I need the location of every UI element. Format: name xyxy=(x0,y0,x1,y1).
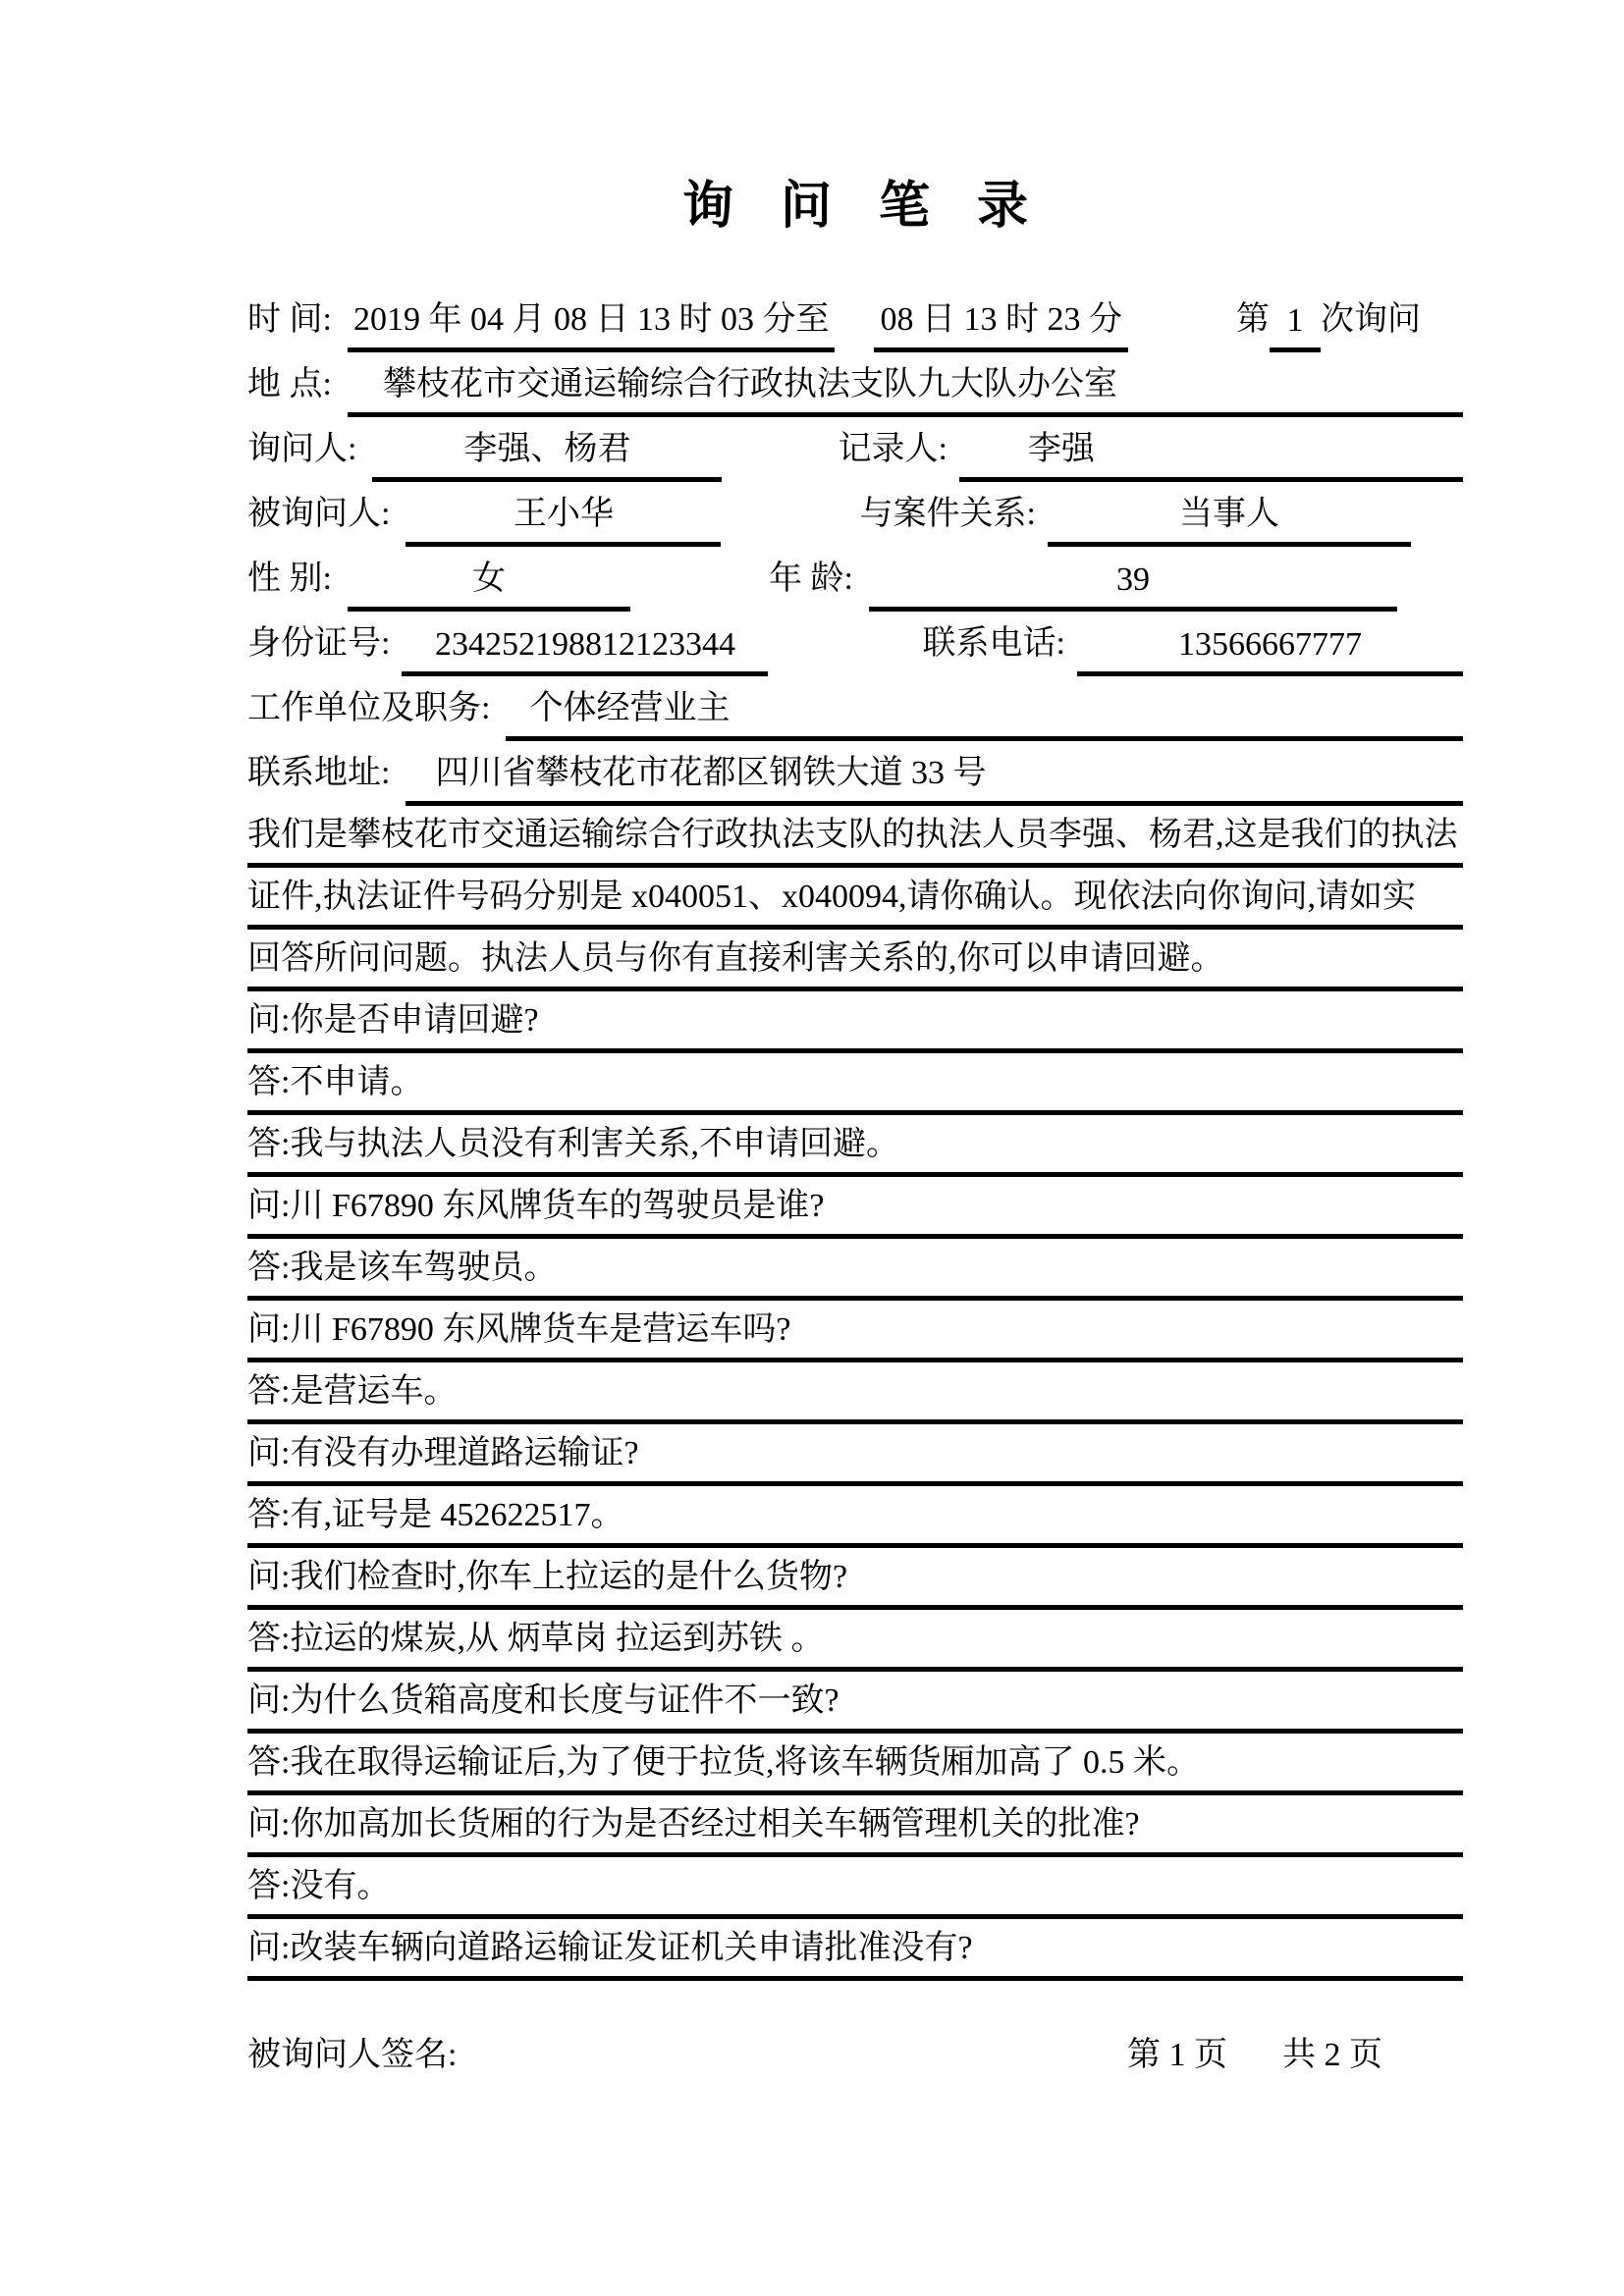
qa-line: 问:你是否申请回避? xyxy=(247,991,1463,1053)
id-number-value: 234252198812123344 xyxy=(402,626,768,676)
qa-line: 答:没有。 xyxy=(247,1857,1463,1919)
qa-line: 问:川 F67890 东风牌货车的驾驶员是谁? xyxy=(247,1177,1463,1239)
qa-line-text: 问:川 F67890 东风牌货车是营运车吗? xyxy=(247,1302,1463,1362)
session-number: 1 xyxy=(1270,302,1321,352)
document-page: 询问笔录 时 间: 2019 年 04 月 08 日 13 时 03 分至 08… xyxy=(0,0,1624,2296)
notice-line-text: 证件,执法证件号码分别是 x040051、x040094,请你确认。现依法向你询… xyxy=(247,869,1463,930)
qa-line-text: 问:有没有办理道路运输证? xyxy=(247,1425,1463,1486)
phone-label: 联系电话: xyxy=(922,615,1064,676)
qa-line-text: 问:你是否申请回避? xyxy=(247,992,1463,1053)
case-relation-value: 当事人 xyxy=(1048,486,1411,547)
qa-line-text: 答:我与执法人员没有利害关系,不申请回避。 xyxy=(247,1116,1463,1177)
job-value: 个体经营业主 xyxy=(506,680,1463,741)
address-label: 联系地址: xyxy=(247,745,390,806)
place-value: 攀枝花市交通运输综合行政执法支队九大队办公室 xyxy=(348,356,1463,417)
qa-line-text: 问:川 F67890 东风牌货车的驾驶员是谁? xyxy=(247,1178,1463,1239)
interviewee-label: 被询问人: xyxy=(247,486,390,547)
page-number-current: 第 1 页 xyxy=(1127,2027,1227,2075)
age-value: 39 xyxy=(869,561,1397,612)
interrogator-label: 询问人: xyxy=(247,421,356,482)
notice-line-text: 我们是攀枝花市交通运输综合行政执法支队的执法人员李强、杨君,这是我们的执法 xyxy=(247,807,1463,868)
field-row-gender-age: 性 别: 女 年 龄: 39 xyxy=(247,547,1463,612)
recorder-label: 记录人: xyxy=(838,421,947,482)
qa-line-text: 答:有,证号是 452622517。 xyxy=(247,1487,1463,1548)
qa-line: 问:改装车辆向道路运输证发证机关申请批准没有? xyxy=(247,1919,1463,1981)
page-footer: 被询问人签名: 第 1 页 共 2 页 xyxy=(247,2020,1463,2075)
qa-line-text: 问:为什么货箱高度和长度与证件不一致? xyxy=(247,1673,1463,1734)
qa-line-text: 问:改装车辆向道路运输证发证机关申请批准没有? xyxy=(247,1920,1463,1981)
signature-label: 被询问人签名: xyxy=(247,2027,457,2075)
session-suffix: 次询问 xyxy=(1321,292,1421,352)
qa-line: 问:为什么货箱高度和长度与证件不一致? xyxy=(247,1672,1463,1734)
field-row-interviewee: 被询问人: 王小华 与案件关系: 当事人 xyxy=(247,482,1463,547)
session-prefix: 第 xyxy=(1236,292,1270,352)
age-label: 年 龄: xyxy=(769,551,853,612)
field-row-id-phone: 身份证号: 234252198812123344 联系电话: 135666677… xyxy=(247,612,1463,676)
qa-line: 问:你加高加长货厢的行为是否经过相关车辆管理机关的批准? xyxy=(247,1795,1463,1857)
qa-line-text: 问:你加高加长货厢的行为是否经过相关车辆管理机关的批准? xyxy=(247,1796,1463,1857)
address-value: 四川省攀枝花市花都区钢铁大道 33 号 xyxy=(406,745,1463,806)
qa-line-text: 答:拉运的煤炭,从 炳草岗 拉运到苏铁 。 xyxy=(247,1611,1463,1672)
case-relation-label: 与案件关系: xyxy=(859,486,1035,547)
time-value-end: 08 日 13 时 23 分 xyxy=(874,292,1128,352)
qa-line-text: 答:没有。 xyxy=(247,1858,1463,1919)
qa-line: 问:川 F67890 东风牌货车是营运车吗? xyxy=(247,1301,1463,1362)
field-row-interrogator: 询问人: 李强、杨君 记录人: 李强 xyxy=(247,417,1463,482)
time-value-start: 2019 年 04 月 08 日 13 时 03 分至 xyxy=(348,292,836,352)
notice-line: 证件,执法证件号码分别是 x040051、x040094,请你确认。现依法向你询… xyxy=(247,868,1463,930)
qa-line: 答:是营运车。 xyxy=(247,1362,1463,1424)
qa-line: 答:有,证号是 452622517。 xyxy=(247,1486,1463,1548)
phone-value: 13566667777 xyxy=(1077,626,1463,676)
qa-line: 答:不申请。 xyxy=(247,1053,1463,1115)
page-title: 询问笔录 xyxy=(247,182,1463,233)
gender-value: 女 xyxy=(348,551,630,612)
qa-line-text: 问:我们检查时,你车上拉运的是什么货物? xyxy=(247,1549,1463,1610)
qa-section: 问:你是否申请回避? 答:不申请。 答:我与执法人员没有利害关系,不申请回避。 … xyxy=(247,991,1463,1981)
notice-line-text: 回答所问问题。执法人员与你有直接利害关系的,你可以申请回避。 xyxy=(247,931,1463,991)
header-fields: 时 间: 2019 年 04 月 08 日 13 时 03 分至 08 日 13… xyxy=(247,288,1463,806)
qa-line-text: 答:是营运车。 xyxy=(247,1363,1463,1424)
time-label: 时 间: xyxy=(247,292,332,352)
qa-line-text: 答:不申请。 xyxy=(247,1054,1463,1115)
document-content: 询问笔录 时 间: 2019 年 04 月 08 日 13 时 03 分至 08… xyxy=(247,182,1463,2075)
field-row-place: 地 点: 攀枝花市交通运输综合行政执法支队九大队办公室 xyxy=(247,352,1463,417)
field-row-address: 联系地址: 四川省攀枝花市花都区钢铁大道 33 号 xyxy=(247,741,1463,806)
qa-line: 答:我在取得运输证后,为了便于拉货,将该车辆货厢加高了 0.5 米。 xyxy=(247,1734,1463,1795)
place-label: 地 点: xyxy=(247,356,332,417)
qa-line: 问:有没有办理道路运输证? xyxy=(247,1424,1463,1486)
field-row-time: 时 间: 2019 年 04 月 08 日 13 时 03 分至 08 日 13… xyxy=(247,288,1463,352)
page-number-total: 共 2 页 xyxy=(1282,2027,1382,2075)
qa-line: 答:我与执法人员没有利害关系,不申请回避。 xyxy=(247,1115,1463,1177)
id-number-label: 身份证号: xyxy=(247,615,390,676)
qa-line-text: 答:我在取得运输证后,为了便于拉货,将该车辆货厢加高了 0.5 米。 xyxy=(247,1735,1463,1795)
notice-section: 我们是攀枝花市交通运输综合行政执法支队的执法人员李强、杨君,这是我们的执法 证件… xyxy=(247,806,1463,991)
qa-line-text: 答:我是该车驾驶员。 xyxy=(247,1240,1463,1301)
notice-line: 我们是攀枝花市交通运输综合行政执法支队的执法人员李强、杨君,这是我们的执法 xyxy=(247,806,1463,868)
qa-line: 问:我们检查时,你车上拉运的是什么货物? xyxy=(247,1548,1463,1610)
field-row-job: 工作单位及职务: 个体经营业主 xyxy=(247,676,1463,741)
gender-label: 性 别: xyxy=(247,551,332,612)
qa-line: 答:我是该车驾驶员。 xyxy=(247,1239,1463,1301)
qa-line: 答:拉运的煤炭,从 炳草岗 拉运到苏铁 。 xyxy=(247,1610,1463,1672)
interviewee-value: 王小华 xyxy=(406,486,721,547)
interrogator-value: 李强、杨君 xyxy=(372,421,722,482)
job-label: 工作单位及职务: xyxy=(247,680,490,741)
recorder-value: 李强 xyxy=(959,421,1463,482)
notice-line: 回答所问问题。执法人员与你有直接利害关系的,你可以申请回避。 xyxy=(247,930,1463,991)
